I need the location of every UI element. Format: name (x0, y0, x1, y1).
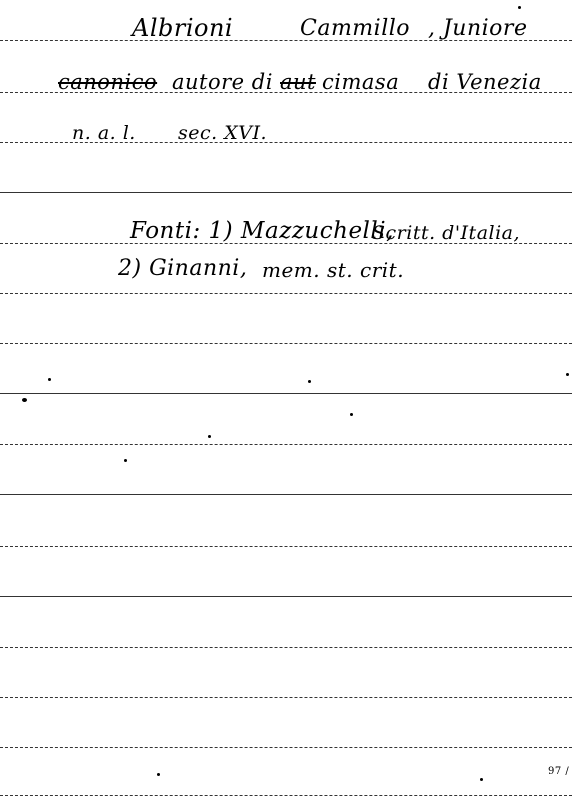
sources-line-1-ref: Scritt. d'Italia, (372, 222, 520, 244)
ruled-line (0, 393, 572, 394)
scan-speck (350, 413, 353, 416)
scan-speck (48, 378, 51, 381)
scan-speck (518, 6, 521, 9)
sources-line-2: 2) Ginanni, (118, 256, 247, 281)
index-card: Albrioni Cammillo , Juniore canonico aut… (0, 0, 572, 800)
ruled-line (0, 293, 572, 294)
ruled-line (0, 192, 572, 193)
ruled-line (0, 647, 572, 648)
ruled-line (0, 795, 572, 796)
scan-speck (22, 398, 27, 402)
description-text: cimasa (322, 70, 399, 94)
struck-word: aut (280, 70, 316, 94)
scan-speck (208, 435, 211, 438)
name-suffix: , Juniore (428, 16, 527, 41)
margin-mark: 97 / 21 (548, 766, 572, 777)
scan-speck (124, 459, 127, 462)
ruled-line (0, 343, 572, 344)
scan-speck (308, 380, 311, 383)
sources-line-2-ref: mem. st. crit. (262, 258, 404, 282)
scan-speck (480, 778, 483, 781)
ruled-line (0, 596, 572, 597)
scan-speck (566, 373, 569, 376)
sources-line-1: Fonti: 1) Mazzuchelli, (130, 218, 394, 244)
ruled-line (0, 546, 572, 547)
surname: Albrioni (132, 14, 233, 42)
century-note: sec. XVI. (178, 122, 267, 144)
ruled-line (0, 697, 572, 698)
ruled-line (0, 494, 572, 495)
struck-word: canonico (58, 70, 157, 94)
given-name: Cammillo (300, 16, 410, 41)
description-text: autore di (172, 70, 273, 94)
ruled-line (0, 444, 572, 445)
scan-speck (157, 773, 160, 776)
place-text: di Venezia (428, 70, 542, 94)
date-note: n. a. l. (72, 122, 136, 144)
ruled-line (0, 747, 572, 748)
